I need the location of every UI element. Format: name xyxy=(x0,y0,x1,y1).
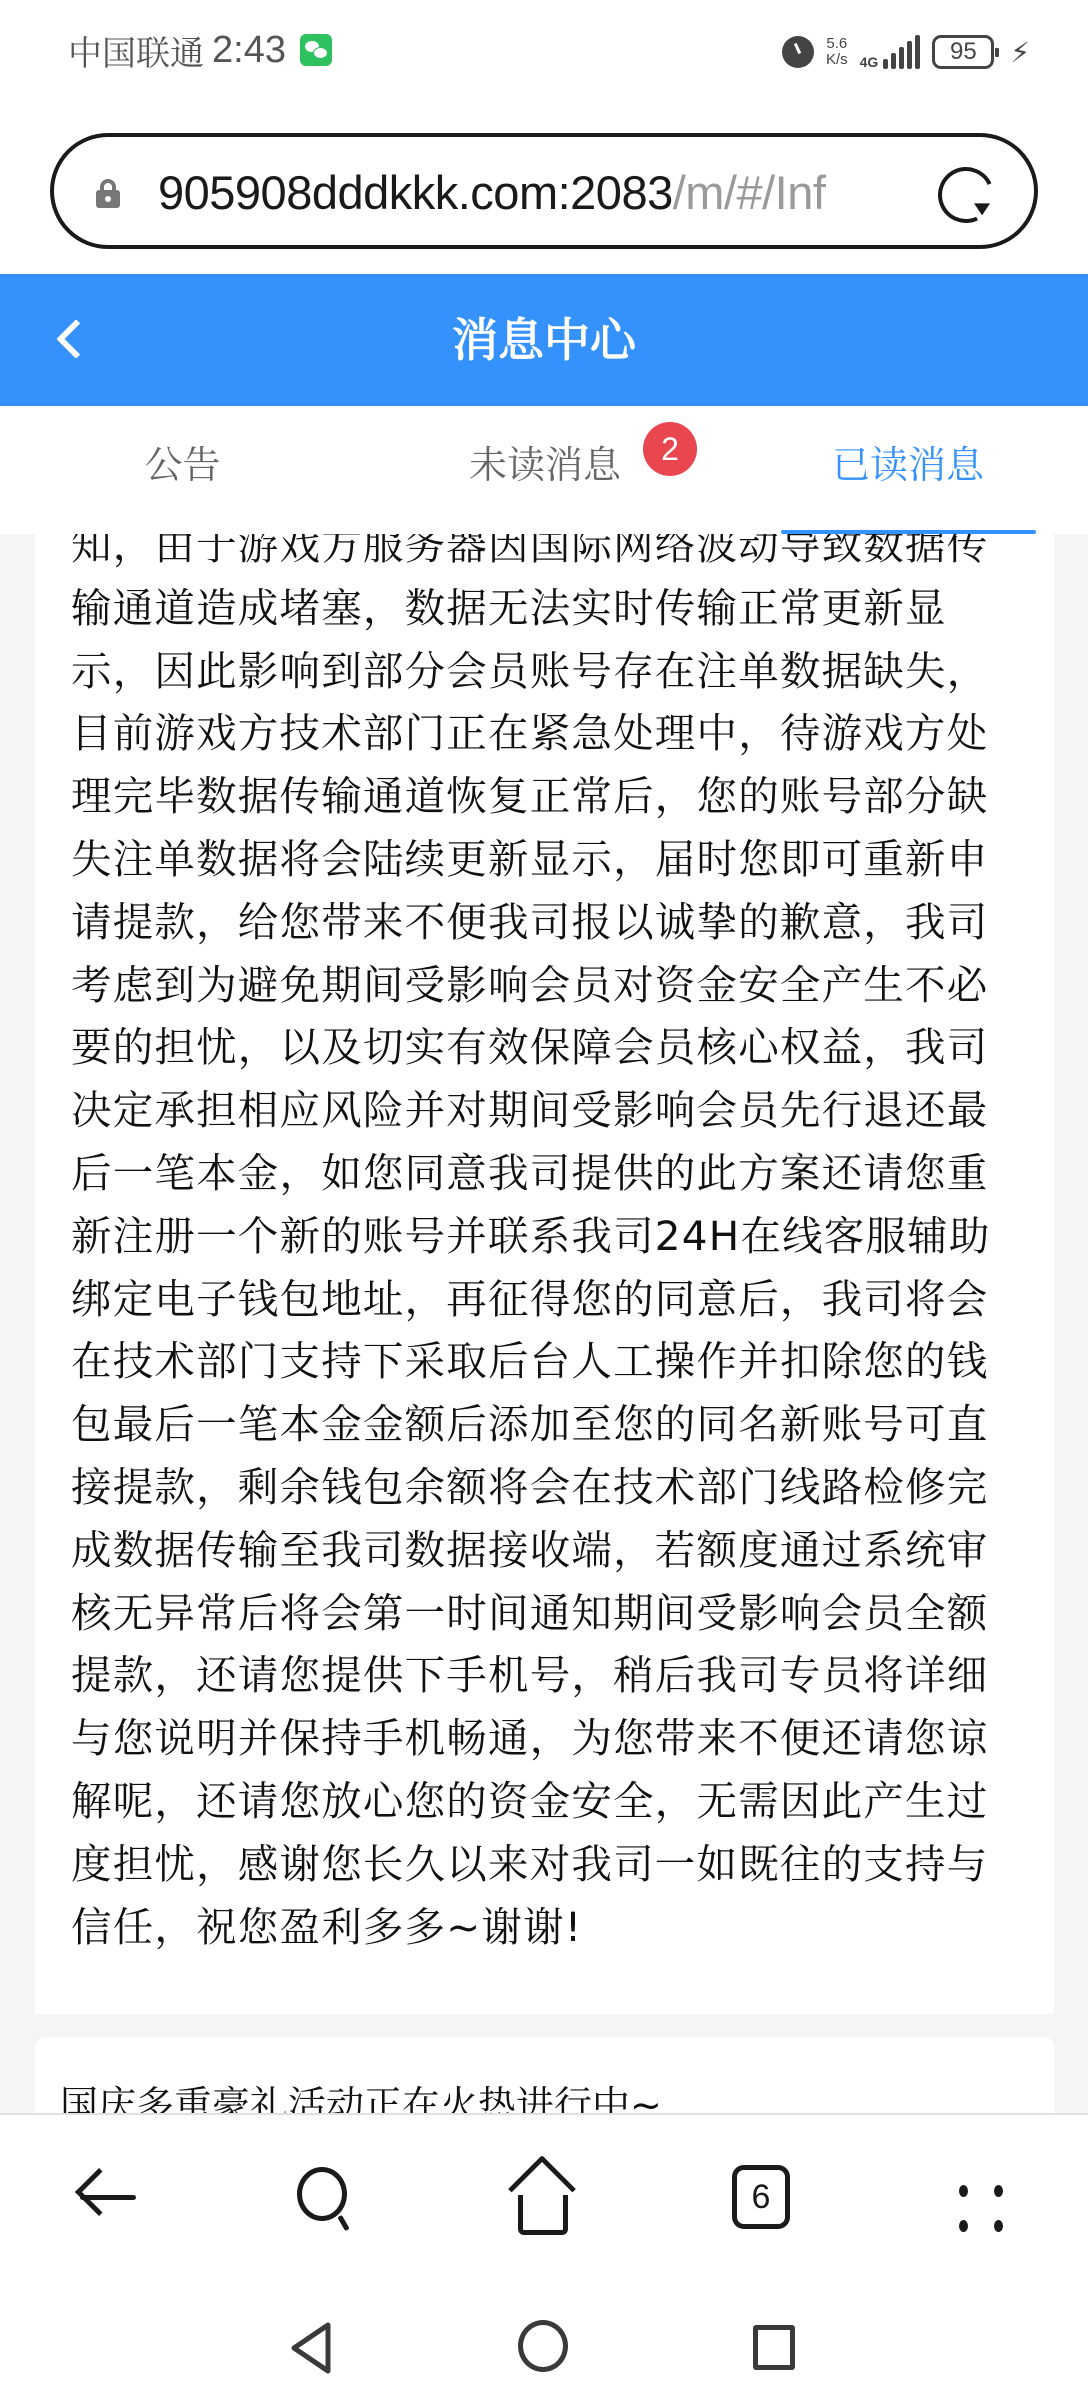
tab-bar: 公告 未读消息 2 已读消息 xyxy=(0,406,1088,534)
network-speed-value: 5.6 xyxy=(826,35,847,52)
tab-unread[interactable]: 未读消息 xyxy=(440,406,650,534)
browser-menu-button[interactable] xyxy=(940,2157,1020,2237)
signal-bar xyxy=(907,41,912,69)
arrow-left-icon-stem xyxy=(80,2195,136,2200)
tab-read[interactable]: 已读消息 xyxy=(780,406,1036,534)
battery-icon: 95 xyxy=(932,35,994,69)
unread-count-badge: 2 xyxy=(643,422,697,476)
square-recents-icon[interactable] xyxy=(753,2325,795,2370)
circle-home-icon[interactable] xyxy=(518,2320,568,2372)
message-list[interactable]: 知，由于游戏方服务器因国际网络波动导致数据传输通道造成堵塞，数据无法实时传输正常… xyxy=(0,534,1088,2113)
tab-count: 6 xyxy=(732,2165,790,2229)
url-path: /m/#/Inf xyxy=(673,166,826,219)
message-body: 知，由于游戏方服务器因国际网络波动导致数据传输通道造成堵塞，数据无法实时传输正常… xyxy=(71,534,1016,1958)
browser-back-button[interactable] xyxy=(68,2157,148,2237)
browser-search-button[interactable] xyxy=(285,2157,365,2237)
app-header: 消息中心 xyxy=(0,274,1088,406)
signal-bar xyxy=(899,47,904,69)
address-bar[interactable]: 905908dddkkk.com:2083/m/#/Inf xyxy=(50,133,1038,249)
message-card[interactable]: 知，由于游戏方服务器因国际网络波动导致数据传输通道造成堵塞，数据无法实时传输正常… xyxy=(35,534,1054,2014)
search-icon-handle xyxy=(337,2215,349,2231)
arrow-left-icon xyxy=(75,2168,123,2216)
browser-home-button[interactable] xyxy=(502,2157,582,2237)
clock: 2:43 xyxy=(212,29,286,72)
tab-announcements[interactable]: 公告 xyxy=(80,406,285,534)
dots-menu-icon xyxy=(994,2185,1003,2197)
url-host: 905908dddkkk.com:2083 xyxy=(158,166,673,219)
signal-bar xyxy=(883,59,888,69)
alarm-icon xyxy=(782,36,814,68)
dots-menu-icon xyxy=(994,2220,1003,2232)
page-title: 消息中心 xyxy=(0,274,1088,406)
status-right: 5.6 K/s 4G 95 ⚡ xyxy=(782,30,1030,74)
carrier-name: 中国联通 xyxy=(68,26,204,75)
lock-icon[interactable] xyxy=(96,179,120,207)
status-bar: 中国联通 2:43 5.6 K/s 4G 95 ⚡ xyxy=(0,0,1088,100)
battery-level: 95 xyxy=(950,38,977,66)
network-type: 4G xyxy=(860,55,879,69)
dots-menu-icon xyxy=(959,2185,968,2197)
triangle-back-icon[interactable] xyxy=(290,2322,334,2374)
message-card[interactable]: 国庆多重豪礼活动正在火热进行中~ xyxy=(35,2037,1054,2113)
signal-bar xyxy=(891,53,896,69)
url-input[interactable]: 905908dddkkk.com:2083/m/#/Inf xyxy=(158,163,948,223)
search-icon xyxy=(297,2167,347,2221)
status-left: 中国联通 2:43 xyxy=(68,28,332,72)
home-icon-walls xyxy=(518,2195,568,2235)
network-speed-unit: K/s xyxy=(826,51,848,68)
browser-toolbar: 6 xyxy=(0,2113,1088,2278)
message-title: 国庆多重豪礼活动正在火热进行中~ xyxy=(60,2077,662,2113)
wechat-icon xyxy=(300,34,332,66)
signal-icon: 4G xyxy=(860,35,921,69)
browser-tabs-button[interactable]: 6 xyxy=(720,2157,800,2237)
system-nav-bar xyxy=(0,2278,1088,2400)
network-speed: 5.6 K/s xyxy=(826,36,848,68)
dots-menu-icon xyxy=(959,2220,968,2232)
bolt-icon: ⚡ xyxy=(1010,36,1030,69)
signal-bar xyxy=(915,35,920,69)
